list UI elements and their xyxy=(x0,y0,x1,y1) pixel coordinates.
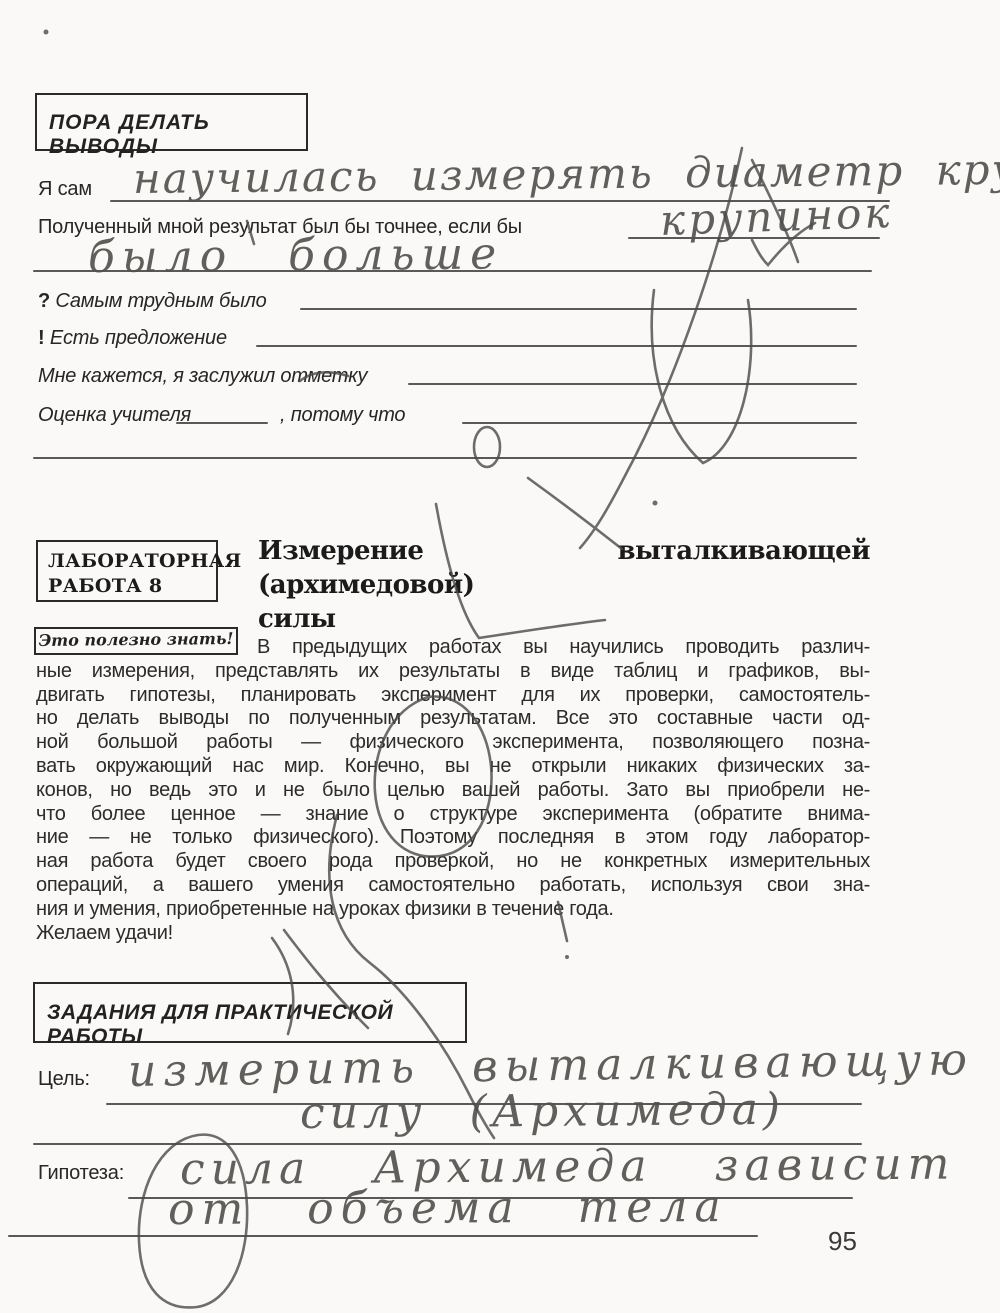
blank-line xyxy=(8,1235,758,1237)
conclusions-header-label: ПОРА ДЕЛАТЬ ВЫВОДЫ xyxy=(37,95,306,159)
tasks-header-box: ЗАДАНИЯ ДЛЯ ПРАКТИЧЕСКОЙ РАБОТЫ xyxy=(33,982,467,1043)
teacher-because-label: , потому что xyxy=(280,404,405,427)
intro-line: ния и умения, приобретенные на уроках фи… xyxy=(36,898,870,922)
hardest-label: Самым трудным было xyxy=(55,290,266,312)
teacher-grade-label: Оценка учителя xyxy=(38,404,191,427)
intro-line: но делать выводы по полученным результат… xyxy=(36,707,870,731)
pen-dot xyxy=(565,955,569,959)
intro-line: Желаем удачи! xyxy=(36,922,870,946)
pen-dot xyxy=(653,501,658,506)
intro-line: ние — не только физического). Поэтому по… xyxy=(36,826,870,850)
blank-line xyxy=(462,422,857,424)
tasks-header-label: ЗАДАНИЯ ДЛЯ ПРАКТИЧЕСКОЙ РАБОТЫ xyxy=(35,984,465,1049)
suggestion-label: Есть предложение xyxy=(50,327,227,349)
exclamation-mark: ! xyxy=(38,327,44,349)
lab-work-label: ЛАБОРАТОРНАЯ РАБОТА 8 xyxy=(38,542,216,606)
intro-line: двигать гипотезы, планировать эксперимен… xyxy=(36,684,870,708)
blank-line-short xyxy=(176,422,268,424)
pen-dot xyxy=(44,30,49,35)
lab-work-label-line1: ЛАБОРАТОРНАЯ xyxy=(48,549,206,574)
lab-title-line1: Измерение выталкивающей (архимедовой) xyxy=(258,534,870,602)
lab-title-line2: силы xyxy=(258,602,870,636)
intro-paragraph: В предыдущих работах вы научились провод… xyxy=(36,636,870,945)
intro-line: ная работа будет своего рода проверкой, … xyxy=(36,850,870,874)
blank-line xyxy=(256,345,857,347)
hypothesis-handwriting-2: от объема тела xyxy=(168,1181,728,1235)
intro-line: В предыдущих работах вы научились провод… xyxy=(257,636,870,660)
lab-title: Измерение выталкивающей (архимедовой) си… xyxy=(258,534,870,636)
intro-line: ной большой работы — физического экспери… xyxy=(36,731,870,755)
lab-work-label-line2: РАБОТА 8 xyxy=(48,574,206,599)
pen-circle-doodle xyxy=(474,427,500,467)
intro-line: операций, а вашего умения самостоятельно… xyxy=(36,874,870,898)
grade-label: Мне кажется, я заслужил отметку xyxy=(38,365,367,388)
intro-line: что более ценное — знание о структуре эк… xyxy=(36,803,870,827)
intro-line: конов, но ведь это и не было целью вашей… xyxy=(36,779,870,803)
blank-line xyxy=(300,308,857,310)
conclusions-header-box: ПОРА ДЕЛАТЬ ВЫВОДЫ xyxy=(35,93,308,151)
blank-line xyxy=(33,457,857,459)
lab-work-box: ЛАБОРАТОРНАЯ РАБОТА 8 xyxy=(36,540,218,602)
goal-label: Цель: xyxy=(38,1068,90,1091)
suggestion-row: ! Есть предложение xyxy=(38,327,227,350)
page-number: 95 xyxy=(828,1226,857,1257)
i-myself-label: Я сам xyxy=(38,178,92,201)
hypothesis-label: Гипотеза: xyxy=(38,1162,124,1185)
blank-line xyxy=(408,383,857,385)
workbook-page: { "page": {"number": "95"}, "ink_color":… xyxy=(0,0,1000,1313)
question-mark: ? xyxy=(38,290,50,312)
result-handwriting-2: было больше xyxy=(88,228,504,283)
goal-handwriting-2: силу (Архимеда) xyxy=(300,1084,786,1139)
pen-stroke xyxy=(652,290,751,463)
result-handwriting: крупинок xyxy=(659,188,893,245)
intro-line: ные измерения, представлять их результат… xyxy=(36,660,870,684)
hardest-row: ? Самым трудным было xyxy=(38,290,267,313)
intro-line: вать окружающий нас мир. Конечно, вы не … xyxy=(36,755,870,779)
